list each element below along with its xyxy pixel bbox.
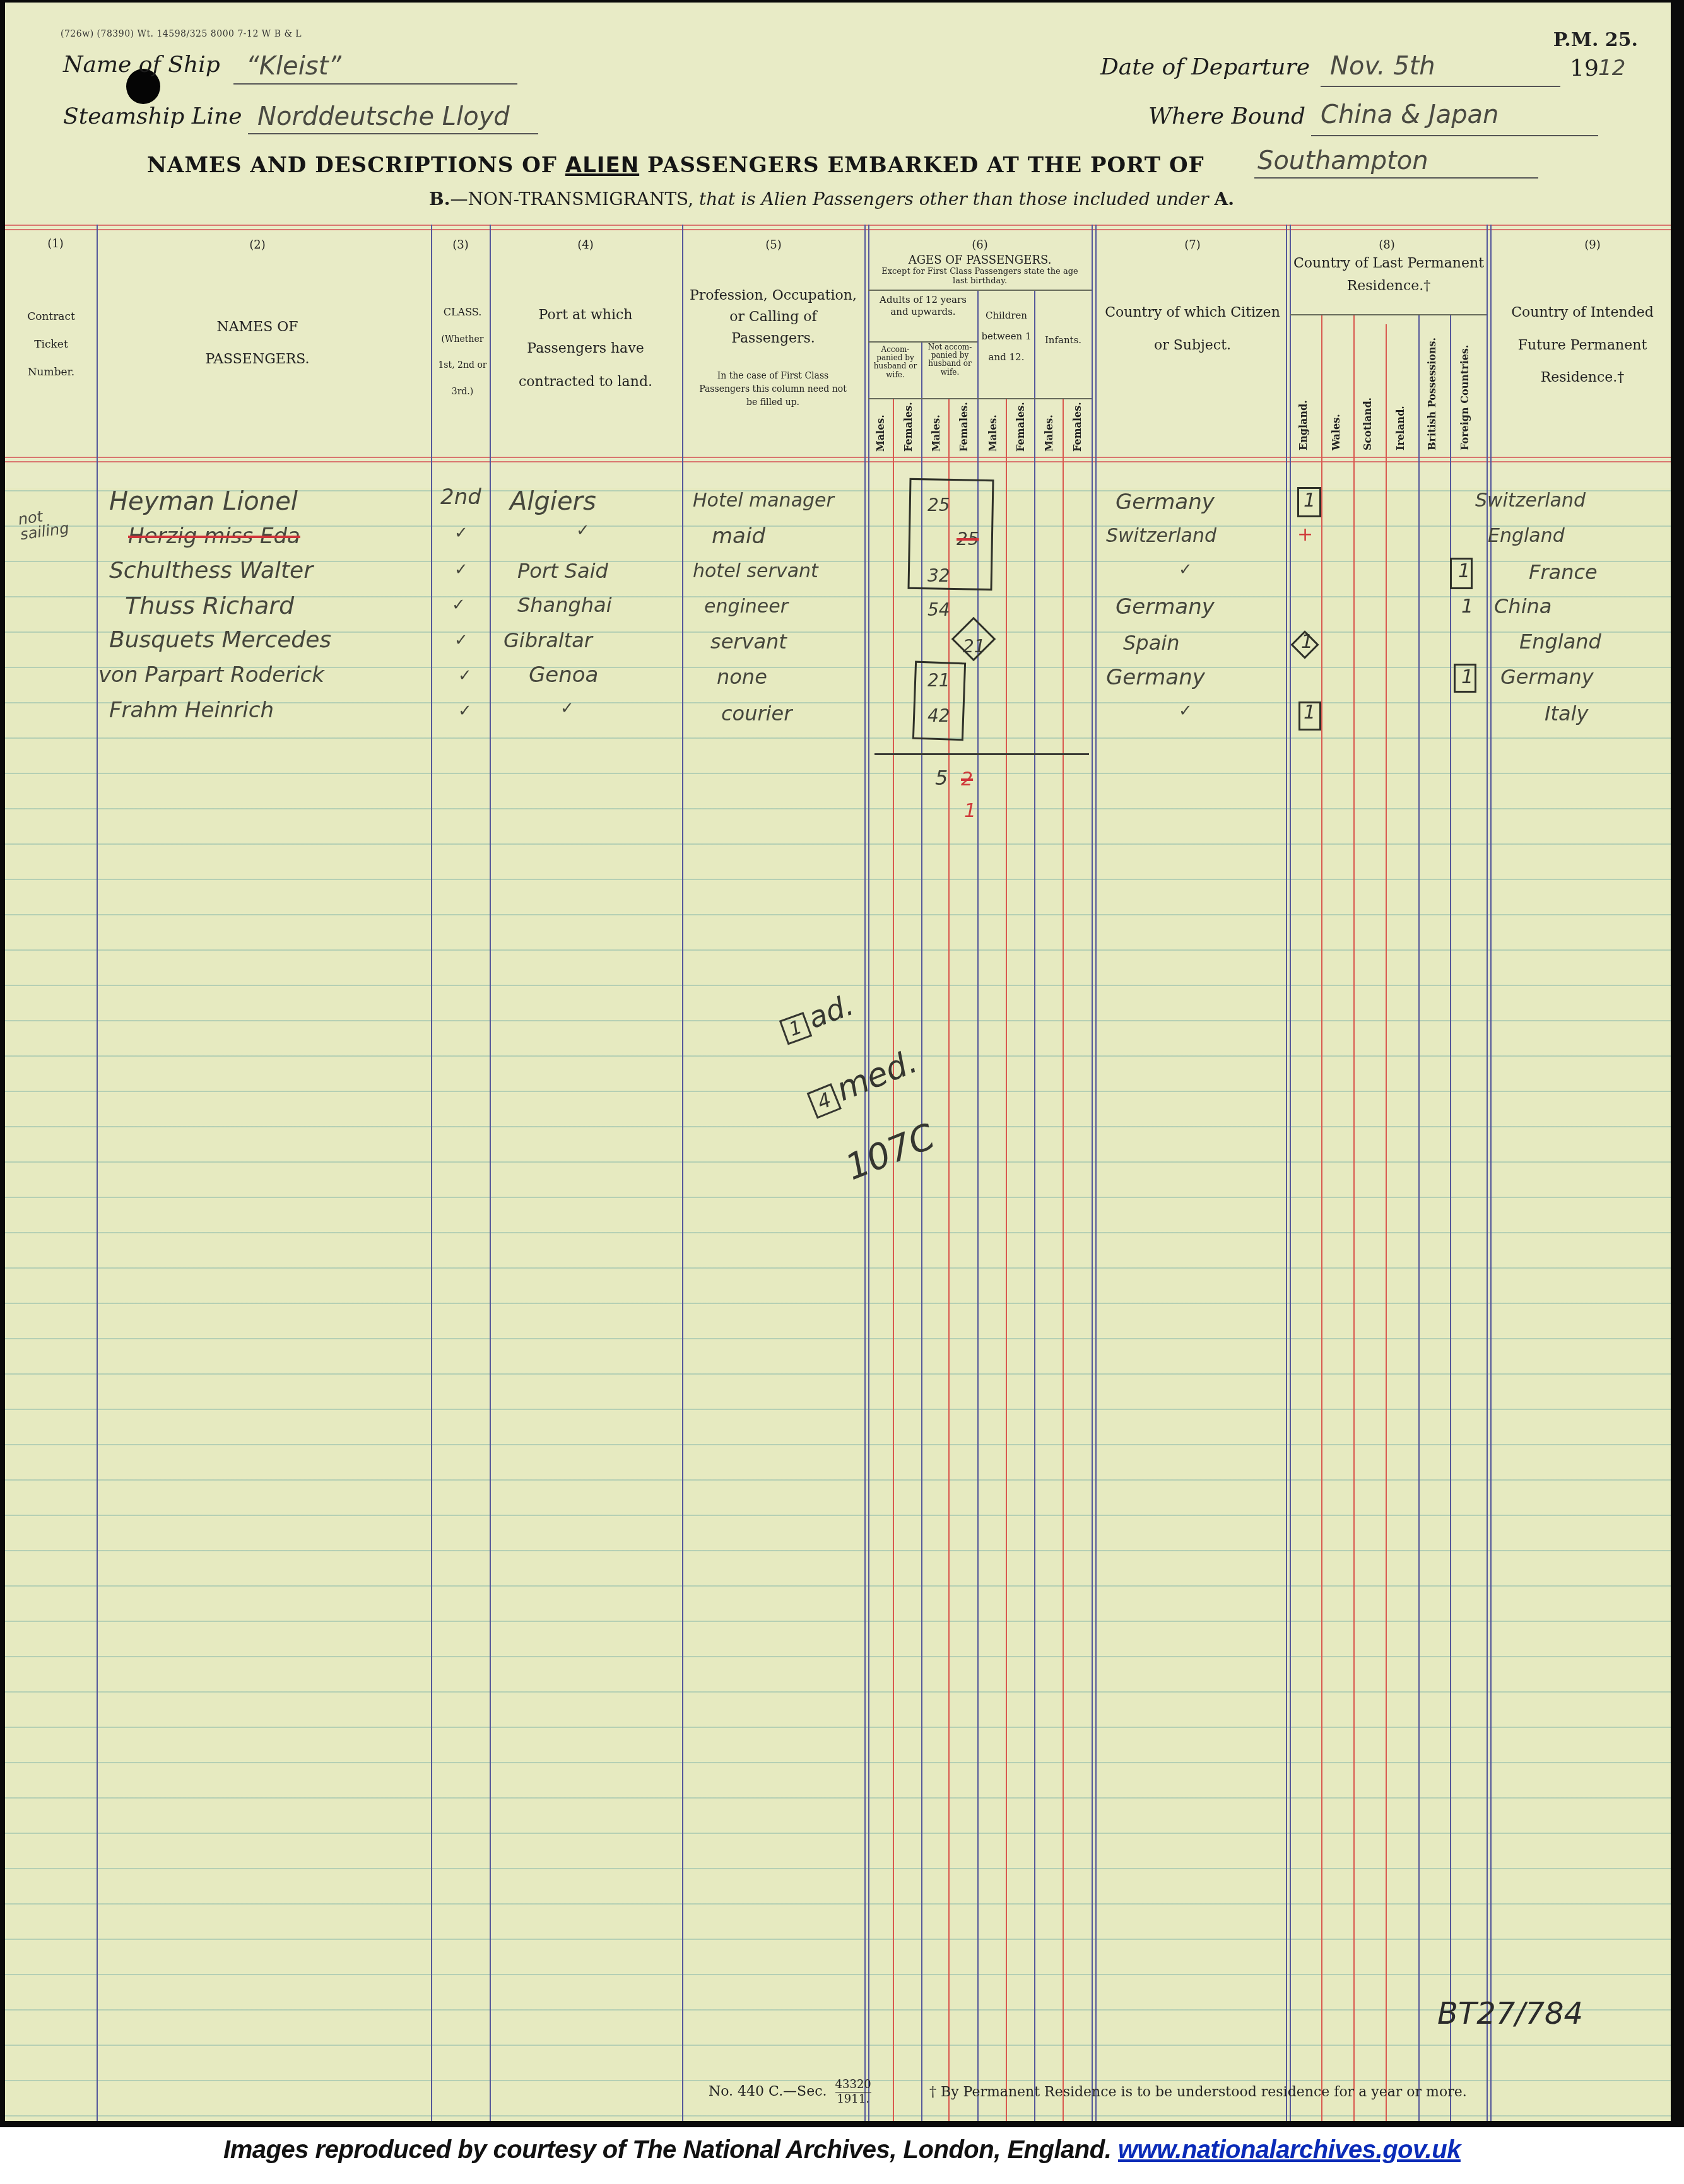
col-divider-4 xyxy=(682,225,683,2121)
col4-number: (4) xyxy=(567,238,604,252)
col-divider-6b xyxy=(1095,225,1097,2121)
col-divider-3 xyxy=(490,225,491,2121)
passenger-class: ✓ xyxy=(454,524,468,543)
acc-males-label: Males. xyxy=(874,406,886,452)
infant-males-label: Males. xyxy=(1043,406,1055,452)
archive-reference: BT27/784 xyxy=(1437,1996,1583,2031)
passenger-future-residence: England xyxy=(1488,525,1565,547)
passenger-name: Heyman Lionel xyxy=(109,487,298,516)
col6-number: (6) xyxy=(961,238,999,252)
residence-mark: 1 xyxy=(1461,596,1473,618)
ship-name-value: “Kleist” xyxy=(246,52,341,81)
passenger-occupation: Hotel manager xyxy=(693,490,834,512)
res-divider-3 xyxy=(1386,324,1387,2121)
where-bound-label: Where Bound xyxy=(1148,103,1305,129)
col6-header: AGES OF PASSENGERS. xyxy=(871,254,1089,267)
passenger-class: ✓ xyxy=(452,596,466,614)
year-prefix: 19 xyxy=(1570,56,1599,81)
title-post: PASSENGERS EMBARKED AT THE PORT OF xyxy=(647,153,1204,178)
age-bracket-box-2 xyxy=(912,661,966,741)
passenger-future-residence: France xyxy=(1529,560,1598,584)
residence-diamond-box xyxy=(1290,630,1319,659)
margin-note-not-sailing: not sailing xyxy=(17,503,90,543)
res-foreign-countries-label: Foreign Countries. xyxy=(1459,321,1471,450)
adults-header: Adults of 12 years and upwards. xyxy=(869,294,977,318)
age-divider-red-1 xyxy=(893,398,894,2121)
col8-number: (8) xyxy=(1368,238,1406,252)
passenger-class: ✓ xyxy=(454,631,468,650)
infant-females-label: Females. xyxy=(1071,406,1083,452)
child-females-label: Females. xyxy=(1015,406,1027,452)
page-title: NAMES AND DESCRIPTIONS OF ALIEN PASSENGE… xyxy=(147,153,1204,178)
col2-header: NAMES OF PASSENGERS. xyxy=(169,312,346,375)
age-divider-red-5 xyxy=(1006,398,1007,2121)
col9-number: (9) xyxy=(1574,238,1611,252)
res-divider-2 xyxy=(1353,314,1355,2121)
res-ireland-label: Ireland. xyxy=(1394,368,1406,450)
port-line xyxy=(1254,177,1538,179)
col7-number: (7) xyxy=(1174,238,1211,252)
passenger-port: Genoa xyxy=(529,662,598,688)
col4-header: Port at which Passengers have contracted… xyxy=(503,299,668,399)
annotation-107c: 107C xyxy=(840,1116,941,1189)
passenger-citizen: Spain xyxy=(1123,631,1179,655)
archive-credit: Images reproduced by courtesy of The Nat… xyxy=(0,2136,1684,2164)
age-diamond-box xyxy=(951,617,996,662)
passenger-citizen: ✓ xyxy=(1179,702,1192,720)
form-fraction: 43320 1911. xyxy=(835,2078,871,2106)
date-value: Nov. 5th xyxy=(1330,52,1435,81)
col2-number: (2) xyxy=(238,238,276,252)
res-british-possessions-label: British Possessions. xyxy=(1426,321,1438,450)
passenger-port: ✓ xyxy=(560,699,574,718)
ages-subhead-line-1 xyxy=(868,290,1092,291)
col-divider-1 xyxy=(97,225,98,2121)
archive-link[interactable]: www.nationalarchives.gov.uk xyxy=(1118,2136,1461,2164)
col5-header: Profession, Occupation, or Calling of Pa… xyxy=(686,285,860,349)
age-divider-2 xyxy=(921,341,922,2121)
children-header: Children between 1 and 12. xyxy=(979,305,1033,368)
passenger-port: Algiers xyxy=(510,487,596,516)
header-rule-bottom-1 xyxy=(5,457,1671,458)
residence-subhead-line xyxy=(1290,314,1487,315)
ages-subhead-line-3 xyxy=(868,398,1092,399)
date-line xyxy=(1321,86,1560,87)
col-divider-7b xyxy=(1290,225,1291,2121)
res-divider-4 xyxy=(1418,314,1420,2121)
year-suffix: 12 xyxy=(1598,56,1625,81)
passenger-citizen: ✓ xyxy=(1179,560,1192,579)
date-label: Date of Departure xyxy=(1100,54,1310,80)
ship-name-label: Name of Ship xyxy=(63,52,220,78)
header-rule-top-2 xyxy=(5,229,1671,230)
col5-note: In the case of First Class Passengers th… xyxy=(694,370,852,409)
subtitle-section: B. xyxy=(429,189,450,209)
res-wales-label: Wales. xyxy=(1330,368,1342,450)
col9-header: Country of Intended Future Permanent Res… xyxy=(1497,296,1668,394)
passenger-occupation: servant xyxy=(710,630,787,654)
passenger-future-residence: Italy xyxy=(1545,702,1588,725)
form-code: P.M. 25. xyxy=(1553,29,1638,51)
passenger-citizen: Germany xyxy=(1116,490,1215,515)
where-bound-value: China & Japan xyxy=(1321,100,1499,129)
subtitle-end: A. xyxy=(1215,189,1234,209)
residence-box-2 xyxy=(1450,558,1473,589)
notacc-males-label: Males. xyxy=(930,406,942,452)
age-divider-red-3 xyxy=(948,398,950,2121)
col3-header: CLASS. (Whether 1st, 2nd or 3rd.) xyxy=(438,299,487,404)
passenger-future-residence: China xyxy=(1494,594,1552,618)
notacc-females-label: Females. xyxy=(958,406,970,452)
printer-code: (726w) (78390) Wt. 14598/325 8000 7-12 W… xyxy=(61,29,302,39)
subtitle-italic: that is Alien Passengers other than thos… xyxy=(699,189,1209,209)
residence-box-1 xyxy=(1297,487,1321,517)
passenger-occupation: courier xyxy=(721,702,792,725)
passenger-age: 54 xyxy=(927,599,950,620)
header-rule-bottom-2 xyxy=(5,461,1671,462)
passenger-class: ✓ xyxy=(454,560,468,579)
passenger-future-residence: England xyxy=(1519,630,1601,654)
col-divider-2 xyxy=(431,225,432,2121)
passenger-name: von Parpart Roderick xyxy=(98,662,324,688)
title-pre: NAMES AND DESCRIPTIONS OF xyxy=(147,153,557,178)
form-number-text: No. 440 C.—Sec. xyxy=(709,2084,827,2099)
residence-box-4 xyxy=(1298,702,1321,731)
col3-label: CLASS. xyxy=(444,306,482,318)
col-divider-7a xyxy=(1286,225,1287,2121)
passenger-class: ✓ xyxy=(458,666,472,685)
title-alien: ALIEN xyxy=(565,153,639,178)
fraction-bottom: 1911. xyxy=(835,2093,871,2106)
page-subtitle: B.—NON-TRANSMIGRANTS, that is Alien Pass… xyxy=(429,189,1234,209)
form-number: No. 440 C.—Sec. 43320 1911. xyxy=(709,2078,871,2106)
res-england-label: England. xyxy=(1297,356,1309,450)
ages-total-rule xyxy=(874,753,1089,755)
col7-header: Country of which Citizen or Subject. xyxy=(1103,296,1282,361)
steamship-line-line xyxy=(248,133,538,134)
annotation-box-1: 1 xyxy=(779,1012,813,1045)
not-accompanied-header: Not accom-panied by husband or wife. xyxy=(923,343,977,377)
col6-note: Except for First Class Passengers state … xyxy=(876,267,1084,286)
age-divider-6 xyxy=(1034,290,1035,2121)
passenger-name: Frahm Heinrich xyxy=(109,698,274,723)
passenger-port: Gibraltar xyxy=(503,628,592,652)
res-divider-1 xyxy=(1321,314,1322,2121)
col3-sublabel: (Whether 1st, 2nd or 3rd.) xyxy=(438,334,486,397)
annotation-med-text: med. xyxy=(831,1043,922,1109)
fraction-top: 43320 xyxy=(835,2078,871,2093)
passenger-name: Thuss Richard xyxy=(125,592,294,619)
age-bracket-box-1 xyxy=(907,478,994,590)
residence-mark: + xyxy=(1297,524,1313,546)
credit-text: Images reproduced by courtesy of The Nat… xyxy=(223,2136,1111,2164)
annotation-ad: 1 ad. xyxy=(776,987,858,1045)
col3-number: (3) xyxy=(442,238,480,252)
passenger-port: Shanghai xyxy=(517,593,612,617)
passenger-port: ✓ xyxy=(576,521,590,540)
annotation-med: 4 med. xyxy=(803,1043,922,1120)
steamship-line-label: Steamship Line xyxy=(63,103,242,129)
port-value: Southampton xyxy=(1257,146,1428,175)
annotation-ad-text: ad. xyxy=(804,987,858,1035)
accompanied-header: Accom-panied by husband or wife. xyxy=(869,346,921,379)
passenger-occupation: hotel servant xyxy=(693,560,818,582)
passenger-citizen: Germany xyxy=(1106,665,1205,690)
age-divider-red-7 xyxy=(1063,398,1064,2121)
passenger-occupation: maid xyxy=(712,524,765,549)
passenger-name: Schulthess Walter xyxy=(109,558,313,584)
where-bound-line xyxy=(1311,135,1598,136)
total-females: 1 xyxy=(964,800,976,822)
passenger-port: Port Said xyxy=(517,559,608,583)
acc-females-label: Females. xyxy=(902,406,914,452)
permanent-residence-note: † By Permanent Residence is to be unders… xyxy=(929,2084,1467,2100)
col-divider-6a xyxy=(1092,225,1093,2121)
manifest-page: (726w) (78390) Wt. 14598/325 8000 7-12 W… xyxy=(5,3,1671,2121)
child-males-label: Males. xyxy=(987,406,999,452)
residence-box-3 xyxy=(1454,664,1476,693)
infants-header: Infants. xyxy=(1035,333,1091,348)
col1-number: (1) xyxy=(37,237,74,250)
passenger-occupation: engineer xyxy=(704,596,788,618)
total-males: 5 xyxy=(935,766,948,790)
col5-number: (5) xyxy=(755,238,792,252)
subtitle-main: —NON-TRANSMIGRANTS, xyxy=(450,189,693,209)
ship-name-line xyxy=(233,83,517,85)
passenger-name: Busquets Mercedes xyxy=(109,627,331,653)
passenger-name-struck: Herzig miss Eda xyxy=(128,524,300,549)
passenger-occupation: none xyxy=(717,665,767,689)
header-rule-top-1 xyxy=(5,225,1671,226)
passenger-citizen: Switzerland xyxy=(1106,525,1216,547)
res-scotland-label: Scotland. xyxy=(1362,356,1374,450)
steamship-line-value: Norddeutsche Lloyd xyxy=(257,102,510,131)
col8-header: Country of Last Permanent Residence.† xyxy=(1292,252,1485,298)
passenger-future-residence: Switzerland xyxy=(1475,490,1586,512)
total-females-struck: 2 xyxy=(961,768,973,790)
col1-header: Contract Ticket Number. xyxy=(10,303,92,387)
passenger-class: ✓ xyxy=(458,702,472,720)
passenger-class: 2nd xyxy=(440,484,481,510)
passenger-citizen: Germany xyxy=(1116,594,1215,619)
passenger-future-residence: Germany xyxy=(1500,665,1594,689)
